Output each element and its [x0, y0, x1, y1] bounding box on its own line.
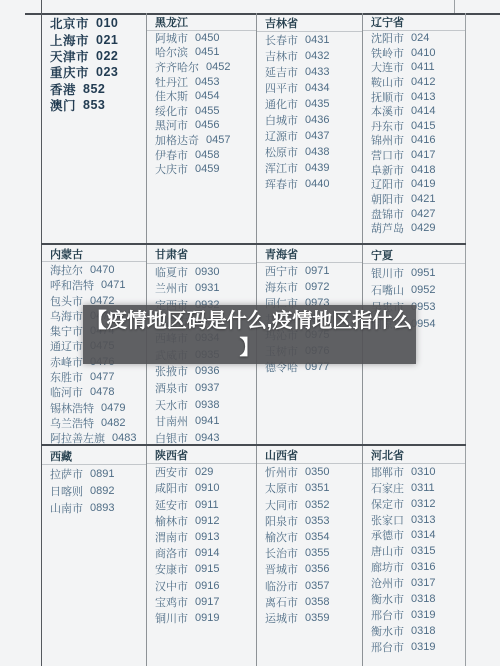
area-row: 咸阳市0910: [147, 480, 256, 496]
area-code: 0316: [411, 561, 435, 573]
area-code: 0413: [411, 91, 435, 103]
area-code: 0410: [411, 47, 435, 59]
city-name: 咸阳市: [155, 480, 188, 496]
city-name: 四平市: [265, 80, 298, 96]
area-code: 0354: [305, 531, 329, 543]
province-column: 辽宁省沈阳市024铁岭市0410大连市0411鞍山市0412抚顺市0413本溪市…: [363, 13, 465, 244]
area-code: 0893: [90, 502, 114, 514]
area-code: 0355: [305, 547, 329, 559]
province-header: 甘肃省: [147, 246, 256, 264]
area-code: 0972: [305, 281, 329, 293]
city-name: 延吉市: [265, 64, 298, 80]
area-row: 上海市021: [42, 31, 146, 47]
area-row: 鞍山市0412: [363, 75, 465, 90]
area-row: 石嘴山0952: [363, 281, 465, 298]
province-header: 山西省: [257, 447, 362, 464]
province-header: 河北省: [363, 447, 465, 464]
area-row: 延吉市0433: [257, 64, 362, 80]
band-0: 北京市010上海市021天津市022重庆市023香港852澳门853黑龙江阿城市…: [0, 13, 500, 244]
area-row: 北京市010: [42, 15, 146, 31]
province-column: 陕西省西安市029咸阳市0910延安市0911榆林市0912渭南市0913商洛市…: [147, 445, 256, 666]
area-row: 银川市0951: [363, 264, 465, 281]
area-row: 宝鸡市0917: [147, 594, 256, 610]
city-name: 天津市: [50, 47, 89, 65]
province-column: 吉林省长春市0431吉林市0432延吉市0433四平市0434通化市0435白城…: [257, 13, 362, 244]
area-row: 白银市0943: [147, 430, 256, 445]
city-name: 加格达奇: [155, 132, 199, 148]
area-row: 铁岭市0410: [363, 45, 465, 60]
city-name: 香港: [50, 80, 76, 98]
area-row: 香港852: [42, 81, 146, 97]
area-code: 0314: [411, 529, 435, 541]
area-code: 0913: [195, 531, 219, 543]
area-code: 852: [83, 82, 105, 96]
city-name: 安康市: [155, 561, 188, 577]
city-name: 天水市: [155, 397, 188, 413]
city-name: 阜新市: [371, 162, 404, 178]
city-name: 长春市: [265, 32, 298, 48]
area-row: 通化市0435: [257, 96, 362, 112]
area-code: 029: [195, 466, 213, 478]
area-row: 临夏市0930: [147, 264, 256, 281]
city-name: 通化市: [265, 96, 298, 112]
city-name: 离石市: [265, 594, 298, 610]
area-code: 0318: [411, 593, 435, 605]
area-row: 白城市0436: [257, 112, 362, 128]
city-name: 太原市: [265, 480, 298, 496]
city-name: 银川市: [371, 265, 404, 281]
city-name: 宝鸡市: [155, 594, 188, 610]
city-name: 西宁市: [265, 263, 298, 279]
area-row: 松原市0438: [257, 144, 362, 160]
city-name: 鞍山市: [371, 74, 404, 90]
city-name: 山南市: [50, 500, 83, 516]
city-name: 呼和浩特: [50, 277, 94, 293]
area-code: 0438: [305, 146, 329, 158]
area-row: 邯郸市0310: [363, 464, 465, 480]
area-code: 0350: [305, 466, 329, 478]
city-name: 酒泉市: [155, 380, 188, 396]
area-row: 澳门853: [42, 97, 146, 113]
area-code: 0440: [305, 178, 329, 190]
area-code: 0937: [195, 382, 219, 394]
province-column: 山西省忻州市0350太原市0351大同市0352阳泉市0353榆次市0354长治…: [257, 445, 362, 666]
area-code: 0311: [411, 482, 435, 494]
city-name: 松原市: [265, 144, 298, 160]
city-name: 大连市: [371, 59, 404, 75]
area-code: 0429: [411, 222, 435, 234]
city-name: 大庆市: [155, 161, 188, 177]
area-code: 0914: [195, 547, 219, 559]
city-name: 绥化市: [155, 103, 188, 119]
city-name: 兰州市: [155, 280, 188, 296]
city-name: 海东市: [265, 279, 298, 295]
province-column: 河北省邯郸市0310石家庄0311保定市0312张家口0313承德市0314唐山…: [363, 445, 465, 666]
area-row: 朝阳市0421: [363, 192, 465, 207]
province-column: 西藏拉萨市0891日喀则0892山南市0893: [42, 445, 146, 666]
city-name: 重庆市: [50, 63, 89, 81]
area-code: 0453: [195, 76, 219, 88]
area-code: 0310: [411, 466, 435, 478]
city-name: 乌海市: [50, 308, 83, 324]
area-row: 伊春市0458: [147, 147, 256, 162]
area-code: 0418: [411, 164, 435, 176]
area-code: 0359: [305, 612, 329, 624]
city-name: 大同市: [265, 497, 298, 513]
area-code: 0319: [411, 641, 435, 653]
city-name: 上海市: [50, 31, 89, 49]
city-name: 延安市: [155, 497, 188, 513]
area-code: 0450: [195, 32, 219, 44]
area-code: 0317: [411, 577, 435, 589]
area-code: 0421: [411, 193, 435, 205]
area-row: 邢台市0319: [363, 607, 465, 623]
city-name: 朝阳市: [371, 191, 404, 207]
city-name: 集宁市: [50, 323, 83, 339]
city-name: 东胜市: [50, 369, 83, 385]
area-row: 锡林浩特0479: [42, 400, 146, 415]
area-row: 锦州市0416: [363, 133, 465, 148]
city-name: 邯郸市: [371, 464, 404, 480]
city-name: 西安市: [155, 464, 188, 480]
city-name: 邢台市: [371, 607, 404, 623]
area-code: 0312: [411, 498, 435, 510]
city-name: 榆林市: [155, 513, 188, 529]
province-header: 吉林省: [257, 15, 362, 32]
area-row: 乌兰浩特0482: [42, 415, 146, 430]
area-code: 0411: [411, 61, 435, 73]
municipality-column: 北京市010上海市021天津市022重庆市023香港852澳门853: [42, 13, 146, 244]
area-code: 0917: [195, 596, 219, 608]
area-row: 拉萨市0891: [42, 465, 146, 482]
area-code: 0952: [411, 284, 435, 296]
area-row: 日喀则0892: [42, 482, 146, 499]
area-row: 石家庄0311: [363, 480, 465, 496]
area-row: 安康市0915: [147, 561, 256, 577]
area-row: 阿拉善左旗0483: [42, 431, 146, 445]
area-code: 0455: [195, 105, 219, 117]
area-code: 0437: [305, 130, 329, 142]
area-code: 0912: [195, 515, 219, 527]
area-row: 阜新市0418: [363, 162, 465, 177]
city-name: 张掖市: [155, 363, 188, 379]
overlay-title-line2: 】: [83, 335, 416, 361]
area-row: 天津市022: [42, 48, 146, 64]
city-name: 通辽市: [50, 338, 83, 354]
area-row: 葫芦岛0429: [363, 221, 465, 236]
area-code: 0916: [195, 580, 219, 592]
area-code: 0938: [195, 399, 219, 411]
area-row: 珲春市0440: [257, 176, 362, 192]
city-name: 石嘴山: [371, 282, 404, 298]
area-row: 长春市0431: [257, 32, 362, 48]
area-row: 太原市0351: [257, 480, 362, 496]
area-code: 0459: [195, 163, 219, 175]
area-code: 0412: [411, 76, 435, 88]
area-code: 0315: [411, 545, 435, 557]
city-name: 衡水市: [371, 623, 404, 639]
area-code: 0971: [305, 265, 329, 277]
city-name: 石家庄: [371, 480, 404, 496]
area-code: 0319: [411, 609, 435, 621]
area-row: 张掖市0936: [147, 363, 256, 380]
area-row: 临河市0478: [42, 385, 146, 400]
area-code: 0436: [305, 114, 329, 126]
city-name: 阳泉市: [265, 513, 298, 529]
area-row: 离石市0358: [257, 594, 362, 610]
area-code: 0432: [305, 50, 329, 62]
area-row: 抚顺市0413: [363, 89, 465, 104]
area-row: 浑江市0439: [257, 160, 362, 176]
area-code: 022: [96, 49, 118, 63]
city-name: 锡林浩特: [50, 400, 94, 416]
area-row: 延安市0911: [147, 497, 256, 513]
area-row: 大连市0411: [363, 60, 465, 75]
area-row: 加格达奇0457: [147, 133, 256, 148]
city-name: 丹东市: [371, 118, 404, 134]
city-name: 临夏市: [155, 264, 188, 280]
area-row: 衡水市0318: [363, 623, 465, 639]
city-name: 佳木斯: [155, 88, 188, 104]
area-row: 海拉尔0470: [42, 262, 146, 277]
area-code: 0910: [195, 482, 219, 494]
area-code: 0353: [305, 515, 329, 527]
city-name: 汉中市: [155, 578, 188, 594]
city-name: 白城市: [265, 112, 298, 128]
area-code: 0434: [305, 82, 329, 94]
area-row: 衡水市0318: [363, 591, 465, 607]
area-row: 重庆市023: [42, 64, 146, 80]
area-row: 吉林市0432: [257, 48, 362, 64]
area-row: 海东市0972: [257, 279, 362, 295]
city-name: 商洛市: [155, 545, 188, 561]
city-name: 衡水市: [371, 591, 404, 607]
city-name: 北京市: [50, 14, 89, 32]
area-code: 0892: [90, 485, 114, 497]
area-row: 忻州市0350: [257, 464, 362, 480]
area-code: 0456: [195, 119, 219, 131]
city-name: 伊春市: [155, 147, 188, 163]
area-row: 长治市0355: [257, 545, 362, 561]
city-name: 承德市: [371, 527, 404, 543]
area-row: 阳泉市0353: [257, 513, 362, 529]
city-name: 本溪市: [371, 103, 404, 119]
city-name: 保定市: [371, 496, 404, 512]
area-row: 牡丹江0453: [147, 74, 256, 89]
area-code: 0951: [411, 267, 435, 279]
area-row: 大庆市0459: [147, 162, 256, 177]
province-header: 陕西省: [147, 447, 256, 464]
area-row: 大同市0352: [257, 497, 362, 513]
area-code: 0417: [411, 149, 435, 161]
area-code: 0431: [305, 34, 329, 46]
city-name: 辽阳市: [371, 176, 404, 192]
area-code: 0352: [305, 499, 329, 511]
city-name: 拉萨市: [50, 466, 83, 482]
area-code: 0471: [101, 279, 125, 291]
area-row: 临汾市0357: [257, 578, 362, 594]
city-name: 邢台市: [371, 639, 404, 655]
area-row: 保定市0312: [363, 496, 465, 512]
area-row: 本溪市0414: [363, 104, 465, 119]
area-code: 0919: [195, 612, 219, 624]
city-name: 忻州市: [265, 464, 298, 480]
city-name: 临汾市: [265, 578, 298, 594]
area-row: 沈阳市024: [363, 31, 465, 46]
area-row: 四平市0434: [257, 80, 362, 96]
city-name: 吉林市: [265, 48, 298, 64]
city-name: 抚顺市: [371, 89, 404, 105]
area-row: 甘南州0941: [147, 413, 256, 430]
city-name: 长治市: [265, 545, 298, 561]
area-row: 黑河市0456: [147, 118, 256, 133]
area-row: 承德市0314: [363, 527, 465, 543]
area-code: 024: [411, 32, 429, 44]
area-row: 哈尔滨0451: [147, 45, 256, 60]
area-code: 0891: [90, 468, 114, 480]
city-name: 乌兰浩特: [50, 415, 94, 431]
city-name: 日喀则: [50, 483, 83, 499]
page: 北京市010上海市021天津市022重庆市023香港852澳门853黑龙江阿城市…: [0, 0, 500, 666]
area-code: 0478: [90, 386, 114, 398]
area-code: 0911: [195, 499, 219, 511]
area-code: 0419: [411, 178, 435, 190]
city-name: 海拉尔: [50, 262, 83, 278]
area-code: 0457: [206, 134, 230, 146]
area-code: 010: [96, 16, 118, 30]
area-row: 汉中市0916: [147, 578, 256, 594]
area-code: 0356: [305, 563, 329, 575]
city-name: 唐山市: [371, 543, 404, 559]
area-row: 运城市0359: [257, 610, 362, 626]
area-code: 0458: [195, 149, 219, 161]
area-row: 张家口0313: [363, 512, 465, 528]
area-code: 0318: [411, 625, 435, 637]
area-row: 酒泉市0937: [147, 380, 256, 397]
area-code: 853: [83, 98, 105, 112]
area-row: 辽阳市0419: [363, 177, 465, 192]
city-name: 盘锦市: [371, 206, 404, 222]
city-name: 廊坊市: [371, 559, 404, 575]
overlay-banner: 【疫情地区码是什么,疫情地区指什么 】: [83, 305, 416, 364]
city-name: 沧州市: [371, 575, 404, 591]
province-header: 宁夏: [363, 246, 465, 264]
area-row: 阿城市0450: [147, 31, 256, 46]
area-row: 廊坊市0316: [363, 559, 465, 575]
area-code: 0415: [411, 120, 435, 132]
city-name: 哈尔滨: [155, 44, 188, 60]
area-row: 佳木斯0454: [147, 89, 256, 104]
area-row: 西安市029: [147, 464, 256, 480]
area-row: 榆林市0912: [147, 513, 256, 529]
area-row: 东胜市0477: [42, 369, 146, 384]
area-row: 绥化市0455: [147, 104, 256, 119]
area-code: 0479: [101, 402, 125, 414]
city-name: 澳门: [50, 96, 76, 114]
city-name: 白银市: [155, 430, 188, 445]
area-code: 0931: [195, 282, 219, 294]
province-header: 辽宁省: [363, 15, 465, 31]
area-row: 晋城市0356: [257, 561, 362, 577]
table-top-tick: [454, 0, 455, 13]
overlay-title-line1: 【疫情地区码是什么,疫情地区指什么: [83, 308, 416, 335]
province-header: 西藏: [42, 447, 146, 465]
city-name: 张家口: [371, 512, 404, 528]
area-code: 0452: [206, 61, 230, 73]
area-row: 西宁市0971: [257, 263, 362, 279]
city-name: 辽源市: [265, 128, 298, 144]
area-code: 0433: [305, 66, 329, 78]
area-code: 0454: [195, 90, 219, 102]
area-code: 0414: [411, 105, 435, 117]
city-name: 牡丹江: [155, 74, 188, 90]
area-row: 渭南市0913: [147, 529, 256, 545]
city-name: 赤峰市: [50, 354, 83, 370]
area-code: 0470: [90, 264, 114, 276]
city-name: 锦州市: [371, 132, 404, 148]
area-row: 齐齐哈尔0452: [147, 60, 256, 75]
area-code: 0477: [90, 371, 114, 383]
area-code: 0483: [112, 432, 136, 444]
city-name: 临河市: [50, 384, 83, 400]
area-code: 0357: [305, 580, 329, 592]
area-code: 023: [96, 65, 118, 79]
city-name: 葫芦岛: [371, 220, 404, 236]
area-row: 辽源市0437: [257, 128, 362, 144]
area-code: 0351: [305, 482, 329, 494]
area-row: 兰州市0931: [147, 280, 256, 297]
city-name: 甘南州: [155, 413, 188, 429]
area-row: 商洛市0914: [147, 545, 256, 561]
city-name: 珲春市: [265, 176, 298, 192]
area-code: 021: [96, 33, 118, 47]
area-row: 丹东市0415: [363, 118, 465, 133]
city-name: 渭南市: [155, 529, 188, 545]
area-code: 0313: [411, 514, 435, 526]
city-name: 齐齐哈尔: [155, 59, 199, 75]
city-name: 晋城市: [265, 561, 298, 577]
province-header: 黑龙江: [147, 15, 256, 31]
area-code: 0439: [305, 162, 329, 174]
city-name: 沈阳市: [371, 30, 404, 46]
area-code: 0416: [411, 134, 435, 146]
area-code: 0936: [195, 365, 219, 377]
city-name: 包头市: [50, 293, 83, 309]
area-row: 营口市0417: [363, 148, 465, 163]
city-name: 榆次市: [265, 529, 298, 545]
area-row: 铜川市0919: [147, 610, 256, 626]
area-code: 0427: [411, 208, 435, 220]
area-code: 0358: [305, 596, 329, 608]
area-row: 唐山市0315: [363, 543, 465, 559]
province-header: 内蒙古: [42, 246, 146, 262]
area-row: 榆次市0354: [257, 529, 362, 545]
area-code: 0930: [195, 266, 219, 278]
province-header: 青海省: [257, 246, 362, 263]
area-code: 0482: [101, 417, 125, 429]
area-row: 盘锦市0427: [363, 206, 465, 221]
area-row: 沧州市0317: [363, 575, 465, 591]
city-name: 铁岭市: [371, 45, 404, 61]
province-column: 黑龙江阿城市0450哈尔滨0451齐齐哈尔0452牡丹江0453佳木斯0454绥…: [147, 13, 256, 244]
area-code: 0451: [195, 46, 219, 58]
city-name: 运城市: [265, 610, 298, 626]
area-code: 0941: [195, 415, 219, 427]
city-name: 铜川市: [155, 610, 188, 626]
area-row: 山南市0893: [42, 499, 146, 516]
city-name: 营口市: [371, 147, 404, 163]
area-code: 0435: [305, 98, 329, 110]
